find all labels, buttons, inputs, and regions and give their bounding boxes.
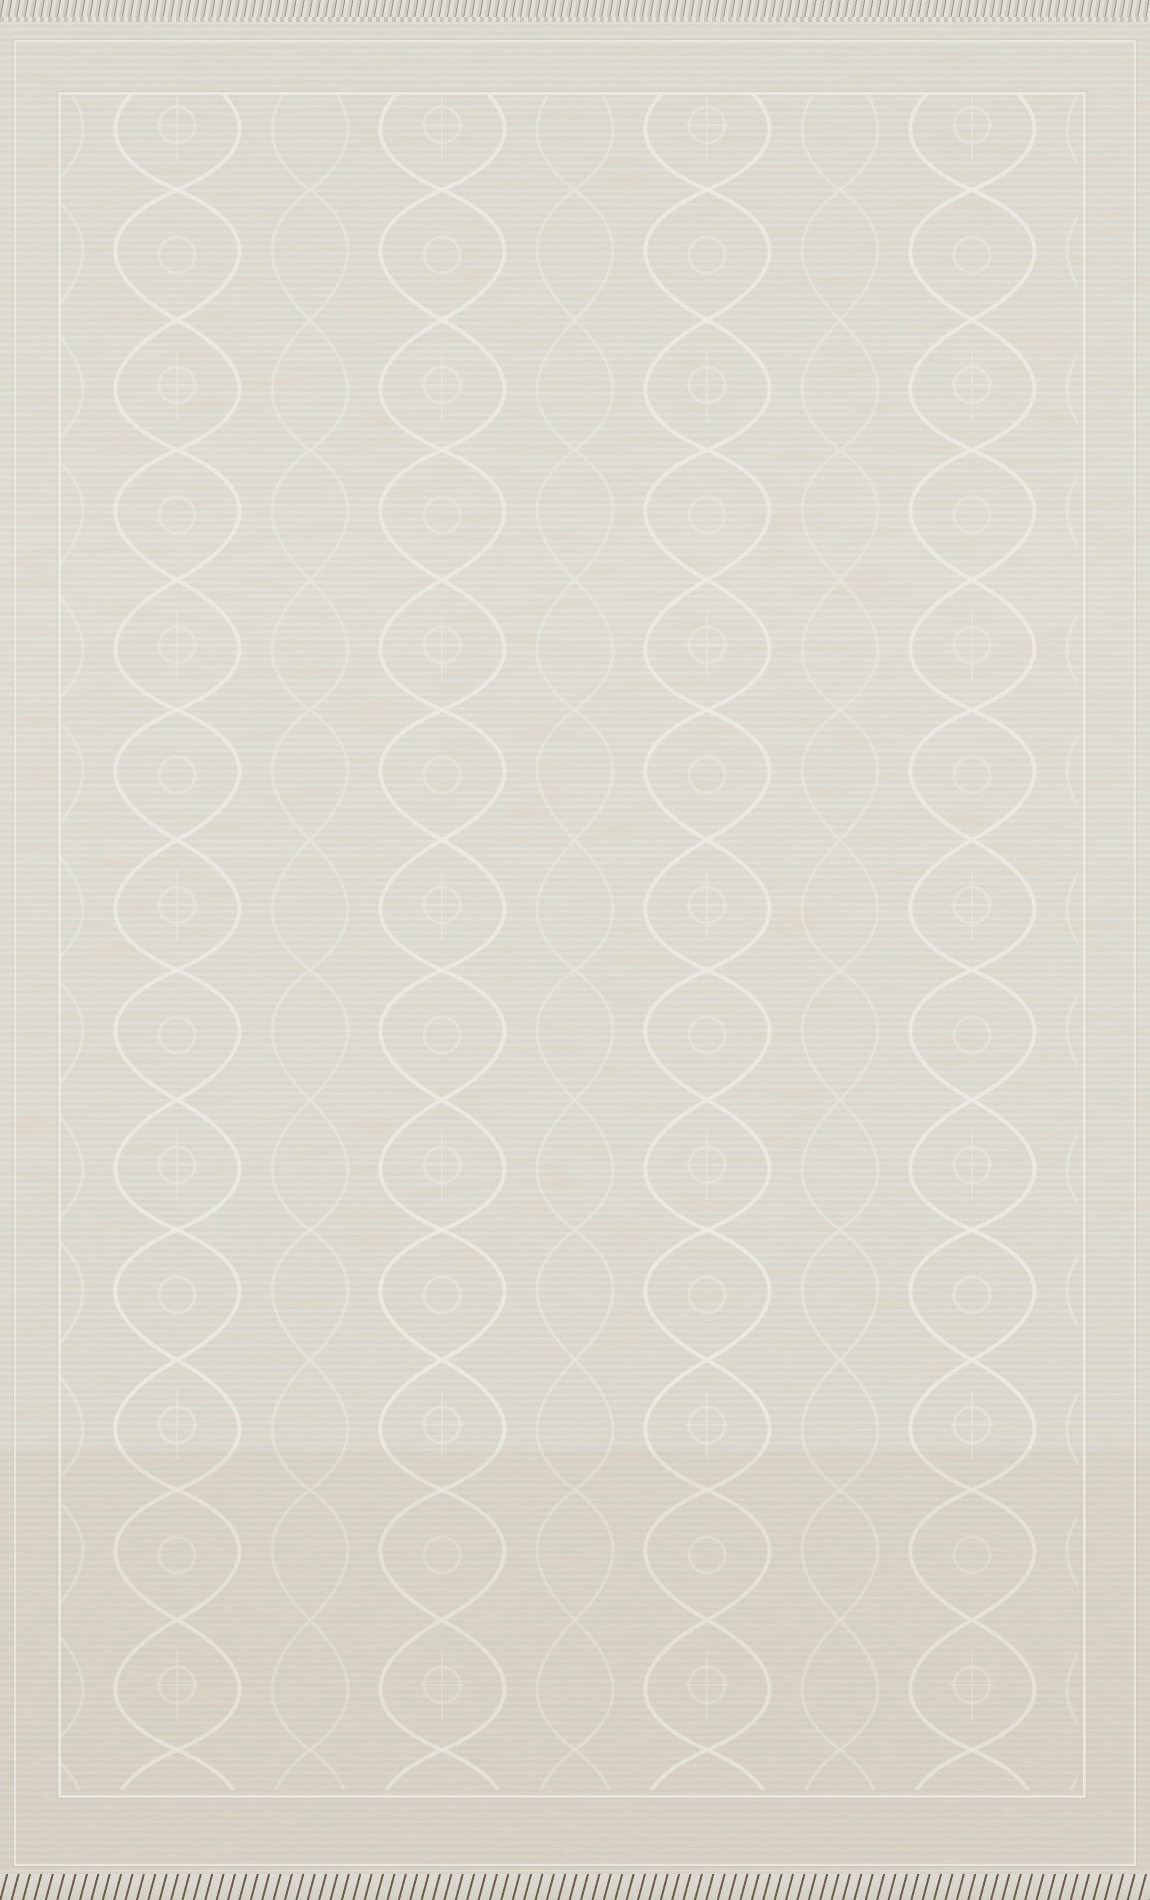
rug-photo bbox=[0, 0, 1150, 1900]
top-fringe bbox=[0, 0, 1150, 22]
distressed-pattern bbox=[0, 0, 1150, 1900]
bottom-stitched-edge bbox=[0, 1874, 1150, 1900]
